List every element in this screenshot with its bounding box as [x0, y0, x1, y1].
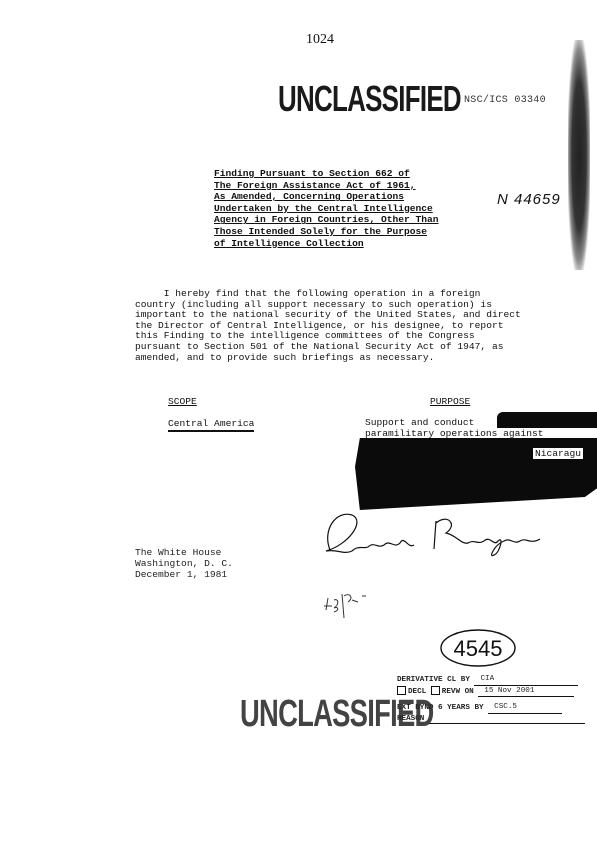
review-label: REVW ON	[442, 688, 474, 696]
circled-number-text: 4545	[454, 636, 503, 661]
derivative-label: DERIVATIVE CL BY	[397, 676, 470, 684]
document-number: N 44659	[497, 191, 561, 208]
purpose-text: Support and conduct paramilitary operati…	[365, 418, 543, 439]
place-and-date: The White House Washington, D. C. Decemb…	[135, 547, 233, 580]
review-value: 15 Nov 2001	[478, 686, 574, 698]
derivative-value: CIA	[474, 674, 578, 686]
title-line: As Amended, Concerning Operations	[214, 191, 439, 203]
title-line: The Foreign Assistance Act of 1961,	[214, 180, 439, 192]
title-line: of Intelligence Collection	[214, 238, 439, 250]
classification-stamp-top: UNCLASSIFIED	[278, 78, 461, 120]
scope-value: Central America	[168, 418, 254, 432]
handwritten-annotation	[322, 580, 372, 620]
signature	[318, 505, 558, 565]
finding-title: Finding Pursuant to Section 662 of The F…	[214, 168, 439, 249]
page-number: 1024	[306, 32, 334, 48]
title-line: Finding Pursuant to Section 662 of	[214, 168, 439, 180]
margin-scan-artifact	[568, 40, 590, 270]
title-line: Agency in Foreign Countries, Other Than	[214, 214, 439, 226]
circled-number: 4545	[438, 626, 518, 668]
title-line: Undertaken by the Central Intelligence	[214, 203, 439, 215]
reason-value	[429, 723, 585, 724]
ext-value: CSC.5	[488, 702, 562, 714]
purpose-visible-fragment: Nicaragu	[533, 448, 583, 459]
title-line: Those Intended Solely for the Purpose	[214, 226, 439, 238]
finding-paragraph: I hereby find that the following operati…	[135, 289, 521, 363]
classification-stamp-bottom: UNCLASSIFIED	[240, 693, 434, 736]
reference-code: NSC/ICS 03340	[464, 95, 546, 106]
scope-label: SCOPE	[168, 396, 197, 407]
purpose-label: PURPOSE	[430, 396, 470, 407]
